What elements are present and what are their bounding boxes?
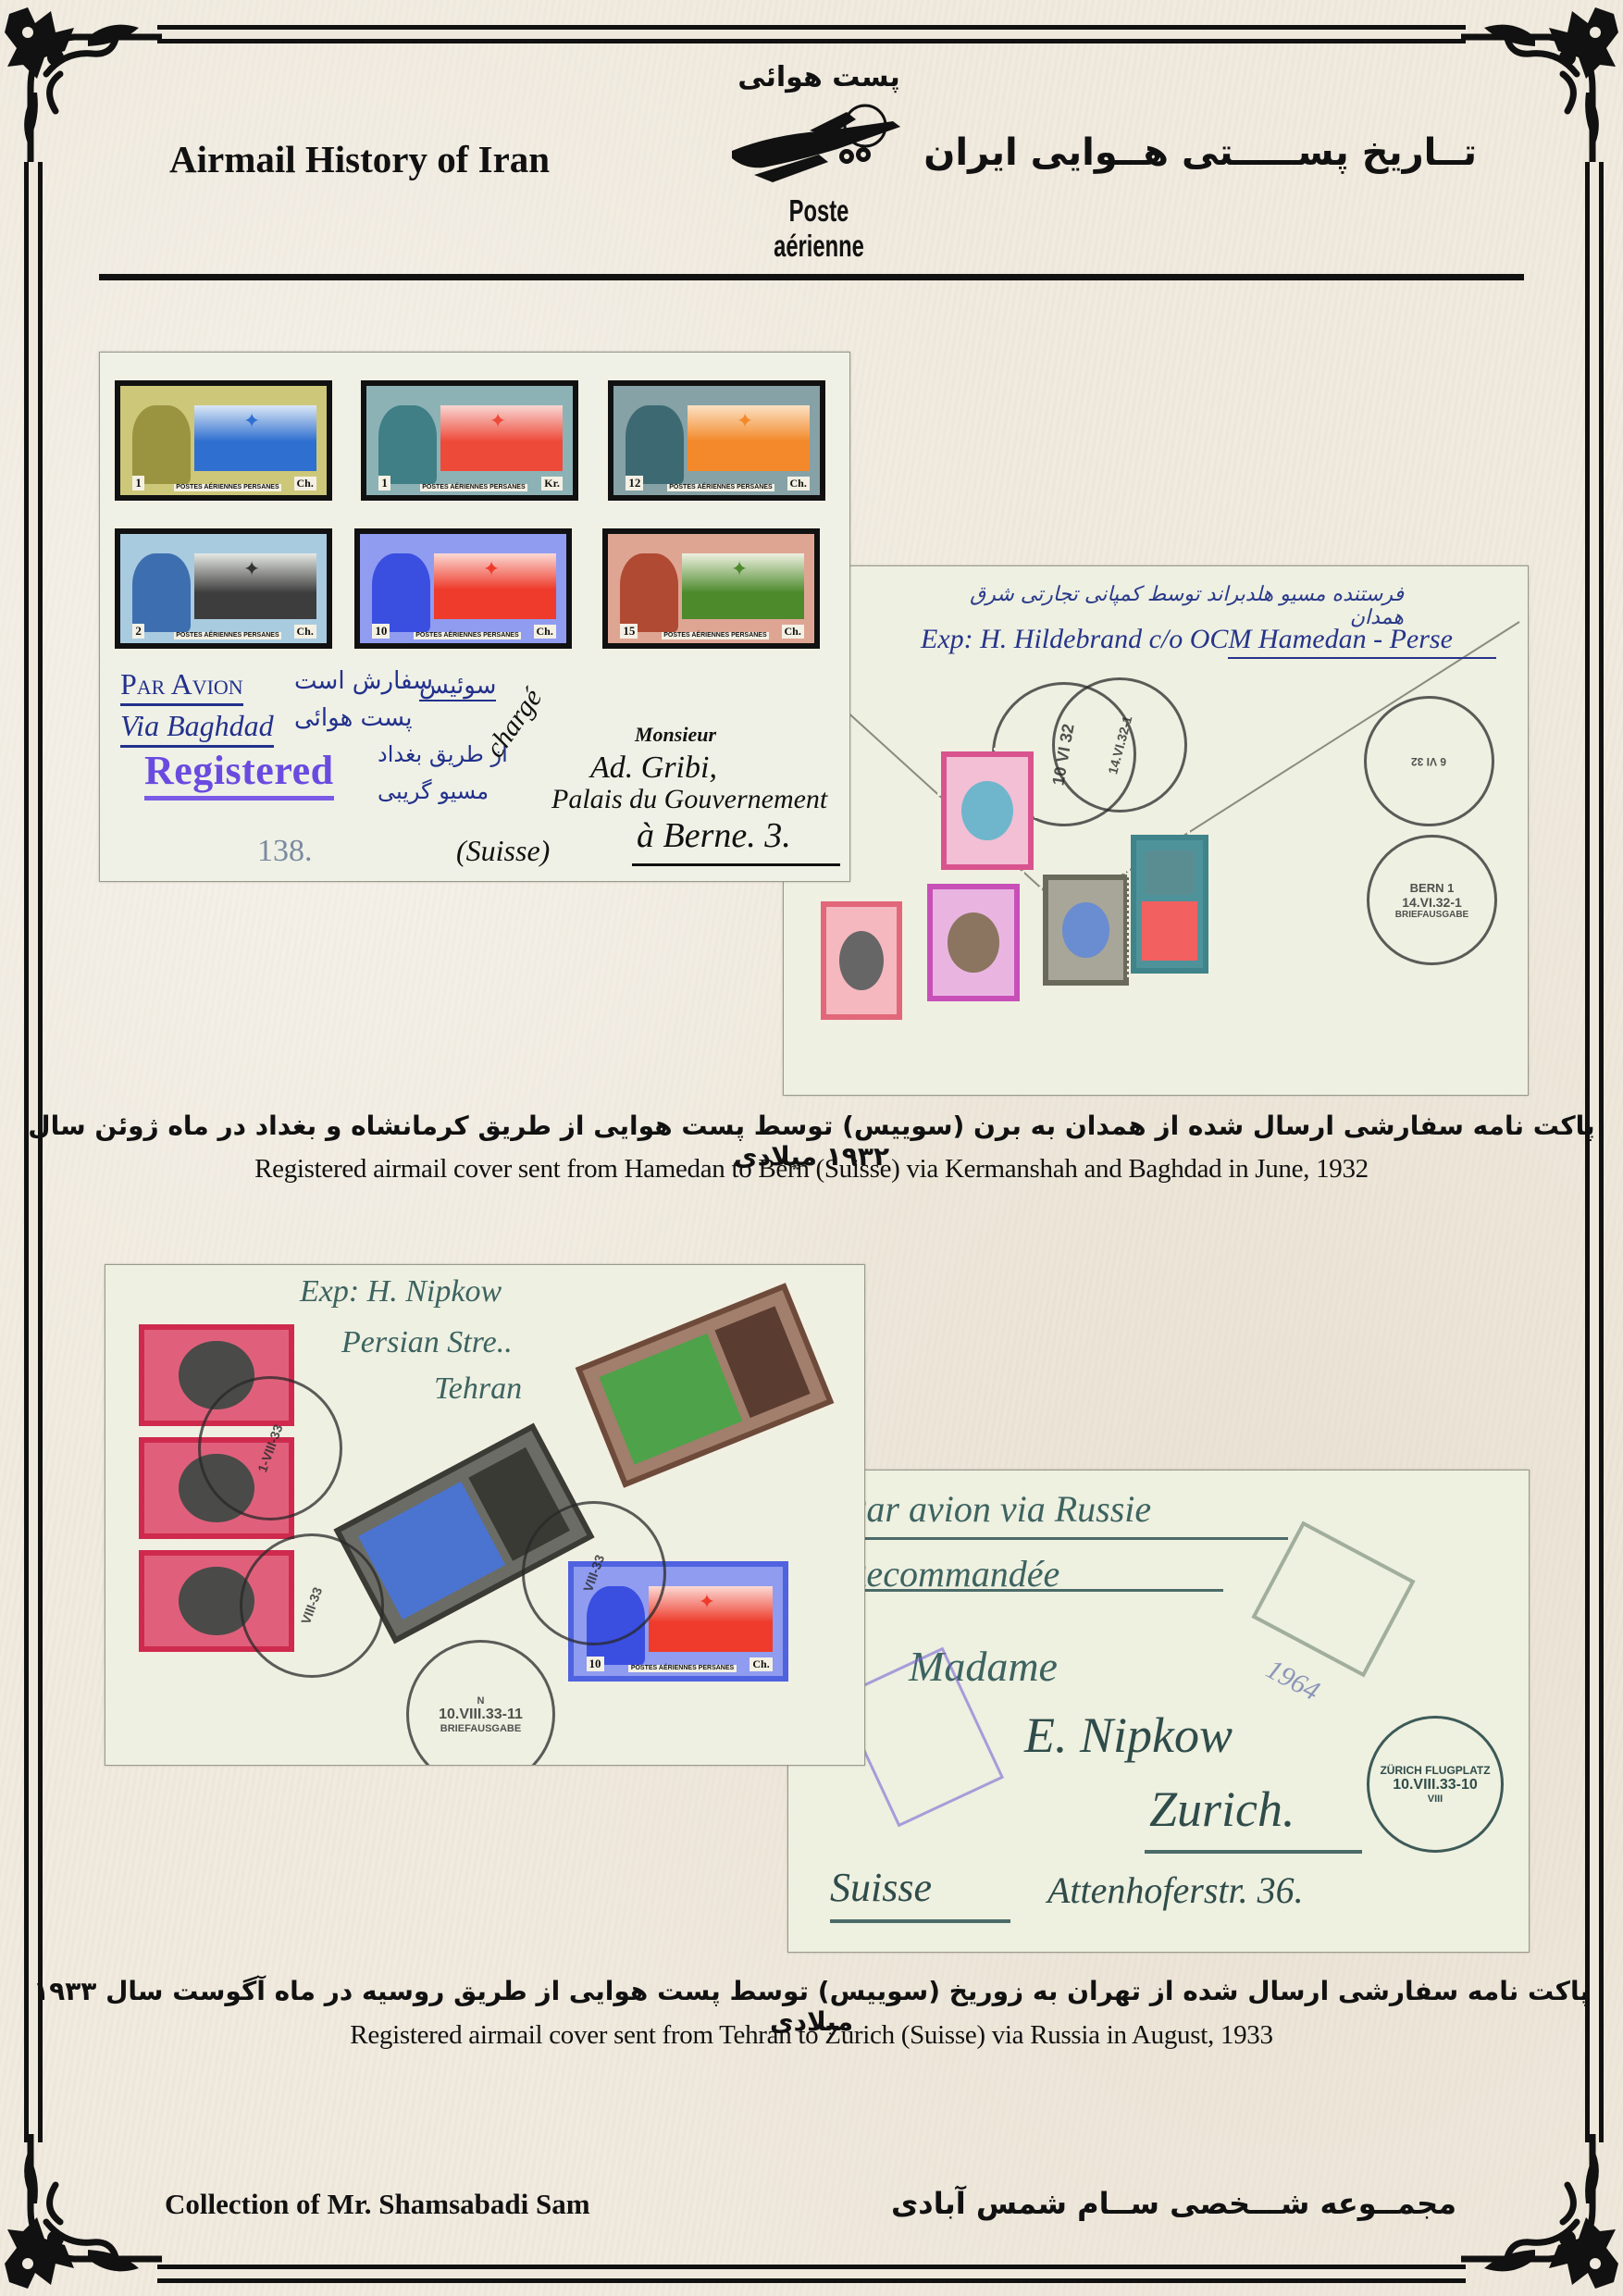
header-divider <box>99 274 1524 280</box>
corner-ornament-icon <box>0 0 162 162</box>
airplane-icon <box>717 93 921 195</box>
par-avion-russie: Par avion via Russie <box>844 1487 1151 1531</box>
collection-persian: مجمــوعه شـــخصی ســام شمس آبادی <box>891 2186 1456 2221</box>
address-underline <box>632 863 840 866</box>
logo-persian: پست هوائی <box>712 61 925 93</box>
persian-note-registered: سفارش است <box>294 667 433 695</box>
cover2-envelope-back: Exp: H. Nipkow Persian Stre.. Tehran ✦ 1… <box>105 1264 865 1766</box>
stamp-airmail-vertical-1kr <box>1131 835 1208 974</box>
stamp-persanes-magenta-brown <box>927 884 1020 1001</box>
postmark-teheran-3: VIII-33 <box>522 1501 666 1645</box>
country-underline <box>830 1919 1010 1923</box>
registered-stamp: Registered <box>144 747 334 800</box>
sender-line2: Persian Stre.. <box>341 1325 513 1360</box>
collection-english: Collection of Mr. Shamsabadi Sam <box>165 2188 590 2221</box>
cover1-caption-english: Registered airmail cover sent from Hamed… <box>0 1154 1623 1185</box>
address-monsieur: Monsieur <box>635 723 716 747</box>
persian-note-switzerland: سوئیس <box>419 672 496 701</box>
corner-ornament-icon <box>1461 0 1623 162</box>
stamp-airmail-3krs <box>576 1283 835 1488</box>
registration-number: 138. <box>257 834 313 869</box>
persian-note-gribi: مسیو گریبی <box>378 778 489 804</box>
sender-address: Exp: H. Hildebrand c/o OCM Hamedan - Per… <box>921 624 1453 655</box>
address-palais: Palais du Gouvernement <box>551 784 827 815</box>
line2-underline <box>844 1589 1223 1592</box>
stamp-persanes-red-gray <box>821 901 902 1020</box>
address-name: Ad. Gribi, <box>590 751 717 786</box>
frame-top <box>157 25 1466 43</box>
stamp-2ch: ✦ 2 POSTES AÉRIENNES PERSANES Ch. <box>115 528 332 649</box>
frame-bottom <box>157 2265 1466 2283</box>
title-english: Airmail History of Iran <box>169 137 550 181</box>
cover2-envelope-front: Par avion via Russie Recommandée 1964 Ma… <box>787 1470 1530 1953</box>
title-persian: تــاریخ پســـــتی هــوایی ایران <box>923 131 1477 174</box>
postmark-bern-briefausgabe: BERN 114.VI.32-1BRIEFAUSGABE <box>1367 835 1497 965</box>
recipient-name: E. Nipkow <box>1024 1706 1233 1764</box>
postmark-briefausgabe: N 10.VIII.33-11 BRIEFAUSGABE <box>406 1640 555 1766</box>
via-baghdad-label: Via Baghdad <box>120 709 274 748</box>
stamp-12ch: ✦ 12 POSTES AÉRIENNES PERSANES Ch. <box>608 380 825 501</box>
stamp-persanes-olive-blue <box>1043 875 1129 986</box>
logo-french: Poste aérienne <box>742 193 896 264</box>
postmark-kermanchah: 6 VI 32 <box>1364 696 1494 826</box>
corner-ornament-icon <box>1461 2134 1623 2296</box>
address-city: à Berne. 3. <box>637 815 791 856</box>
persian-note-airmail: پست هوائی <box>294 704 413 732</box>
sender-persian: فرستنده مسیو هلدبراند توسط کمپانی تجارتی… <box>923 583 1404 629</box>
sender-underline <box>1228 657 1496 659</box>
airmail-logo: پست هوائی Poste aérienne <box>712 56 925 259</box>
sender-line3: Tehran <box>434 1371 522 1407</box>
cover1-envelope-front: ✦ 1 POSTES AÉRIENNES PERSANES Ch. ✦ 1 PO… <box>99 352 850 882</box>
stamp-10ch: ✦ 10 POSTES AÉRIENNES PERSANES Ch. <box>354 528 572 649</box>
stamp-15ch: ✦ 15 POSTES AÉRIENNES PERSANES Ch. <box>602 528 820 649</box>
stamp-1ch: ✦ 1 POSTES AÉRIENNES PERSANES Ch. <box>115 380 332 501</box>
sender-line1: Exp: H. Nipkow <box>300 1274 502 1309</box>
city-underline <box>1145 1850 1362 1854</box>
recipient-country: Suisse <box>830 1864 932 1911</box>
recipient-street: Attenhoferstr. 36. <box>1047 1868 1304 1912</box>
cover2-caption-english: Registered airmail cover sent from Tehra… <box>0 2020 1623 2051</box>
stamp-persanes-pink-blue <box>941 751 1034 870</box>
cover1-envelope-back: فرستنده مسیو هلدبراند توسط کمپانی تجارتی… <box>783 565 1529 1096</box>
postmark-teheran-2: VIII-33 <box>240 1533 384 1678</box>
line1-underline <box>844 1537 1288 1540</box>
address-country: (Suisse) <box>456 834 550 868</box>
corner-ornament-icon <box>0 2134 162 2296</box>
registration-number: 1964 <box>1261 1654 1325 1707</box>
postmark-bern-bundeshaus: 14.VI.32-1 <box>1052 677 1187 813</box>
par-avion-label: Par Avion <box>120 667 243 706</box>
postmark-zurich-flugplatz: ZÜRICH FLUGPLATZ 10.VIII.33-10 VIII <box>1367 1716 1504 1853</box>
postmark-teheran-1: 1-VIII-33 <box>198 1376 342 1520</box>
recipient-city: Zurich. <box>1149 1781 1295 1838</box>
stamp-1kr: ✦ 1 POSTES AÉRIENNES PERSANES Kr. <box>361 380 578 501</box>
